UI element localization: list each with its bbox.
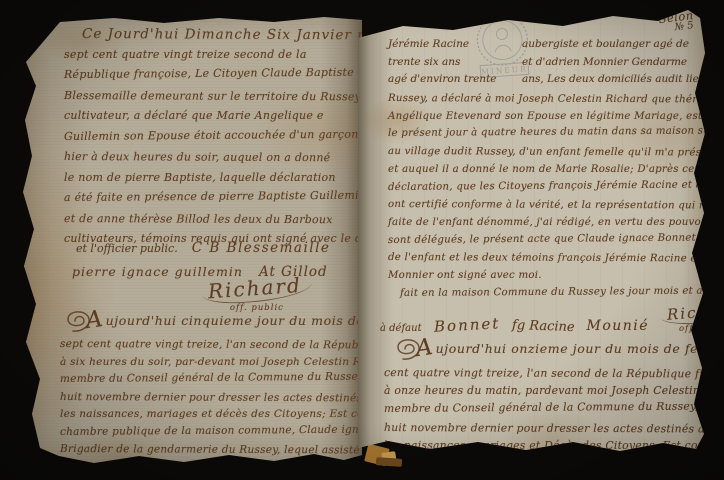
left-closing-line: et l'officier public.C B Blessemaille: [76, 240, 330, 256]
manuscript-line: les naissances, mariages et Décès des Ci…: [384, 437, 724, 455]
right-act2-heading: A ujourd'hui onzieme jour du mois de fev…: [386, 334, 724, 362]
header-left: agé d'environ trente: [388, 71, 522, 89]
manuscript-line: trente six ans et d'adrien Monnier Genda…: [388, 54, 722, 72]
manuscript-line: Russey, a déclaré à moi Joseph Celestin …: [388, 90, 710, 109]
right-signature-row: à défaut Bonnet fg Racine Mounié Richard…: [380, 302, 724, 334]
left-act1-paragraph: Ce Jourd'hui Dimanche Six Janvier milsep…: [64, 24, 364, 250]
manuscript-line: Ce Jourd'hui Dimanche Six Janvier mil: [82, 24, 364, 46]
manuscript-line: Guillemin son Epouse étoit accouchée d'u…: [64, 124, 364, 147]
manuscript-line: au village dudit Russey, d'un enfant fem…: [388, 143, 710, 162]
right-header-rows: Jérémie Racine aubergiste et boulanger a…: [388, 36, 722, 89]
right-act1-paragraph: Russey, a déclaré à moi Joseph Celestin …: [388, 90, 710, 302]
signature-prefix: à défaut: [380, 323, 422, 334]
signature-declarant: C B Blessemaille: [192, 240, 331, 256]
manuscript-line: huit novembre dernier pour dresser les a…: [384, 419, 724, 439]
manuscript-line: membre du Conseil général de la Commune …: [384, 397, 724, 418]
act2-initial: A: [84, 306, 105, 334]
act2-initial: A: [414, 334, 435, 362]
header-right: ans, Les deux domiciliés audit lieu du: [522, 71, 722, 89]
folio-number: № 5: [674, 20, 695, 33]
signature-officer: Richard: [201, 272, 312, 306]
manuscript-line: a été faite en présence de pierre Baptis…: [64, 186, 364, 209]
document-scan: Ce Jourd'hui Dimanche Six Janvier milsep…: [0, 0, 724, 480]
right-act2-paragraph: cent quatre vingt treize, l'an second de…: [384, 364, 724, 455]
header-left: Jérémie Racine: [388, 36, 522, 54]
manuscript-line: ont certifié conforme à la vérité, et la…: [388, 196, 710, 215]
right-page: Selon № 5 MINEUR Jérémie Racine aubergis…: [358, 8, 710, 460]
manuscript-line: fait en la maison Commune du Russey les …: [400, 282, 710, 302]
manuscript-line: cent quatre vingt treize, l'an second de…: [384, 364, 724, 384]
manuscript-line: le présent jour à quatre heures du matin…: [388, 123, 710, 143]
header-right: et d'adrien Monnier Gendarme: [522, 54, 687, 72]
manuscript-line: sept cent quatre vingt treize second de …: [64, 45, 364, 66]
signature-officer-title: off. public: [661, 324, 724, 334]
header-left: trente six ans: [388, 54, 522, 72]
header-right: aubergiste et boulanger agé de: [522, 36, 689, 54]
signature-officer: Richard: [660, 300, 724, 326]
folio-annotation: Selon № 5: [658, 8, 696, 35]
signature-1: Bonnet: [433, 314, 500, 335]
manuscript-line: et de anne thérèse Billod les deux du Ba…: [64, 209, 364, 231]
right-officer-signature: Richard off. public: [661, 302, 724, 334]
manuscript-line: République françoise, Le Citoyen Claude …: [64, 63, 364, 86]
manuscript-line: Blessemaille demeurant sur le territoire…: [64, 86, 364, 108]
manuscript-line: déclaration, que les Citoyens françois J…: [388, 176, 710, 196]
act2-first-line: ujourd'hui onzieme jour du mois de fevri…: [436, 341, 724, 356]
manuscript-line: de l'enfant et les deux témoins françois…: [388, 249, 710, 268]
signature-2: fg Racine: [512, 318, 575, 335]
manuscript-line: le nom de pierre Baptiste, laquelle décl…: [64, 168, 364, 189]
left-page: Ce Jourd'hui Dimanche Six Janvier milsep…: [14, 14, 362, 466]
signature-3: Mounié: [586, 318, 649, 334]
closing-label: et l'officier public.: [76, 242, 178, 255]
binding-fragment: [376, 457, 402, 467]
manuscript-line: agé d'environ trente ans, Les deux domic…: [388, 71, 722, 89]
manuscript-line: sont délégués, le présent acte que Claud…: [388, 229, 710, 249]
manuscript-line: cultivateur, a déclaré que Marie Angeliq…: [64, 106, 364, 127]
manuscript-line: Jérémie Racine aubergiste et boulanger a…: [388, 36, 722, 54]
manuscript-line: hier à deux heures du soir, auquel on a …: [64, 147, 364, 169]
